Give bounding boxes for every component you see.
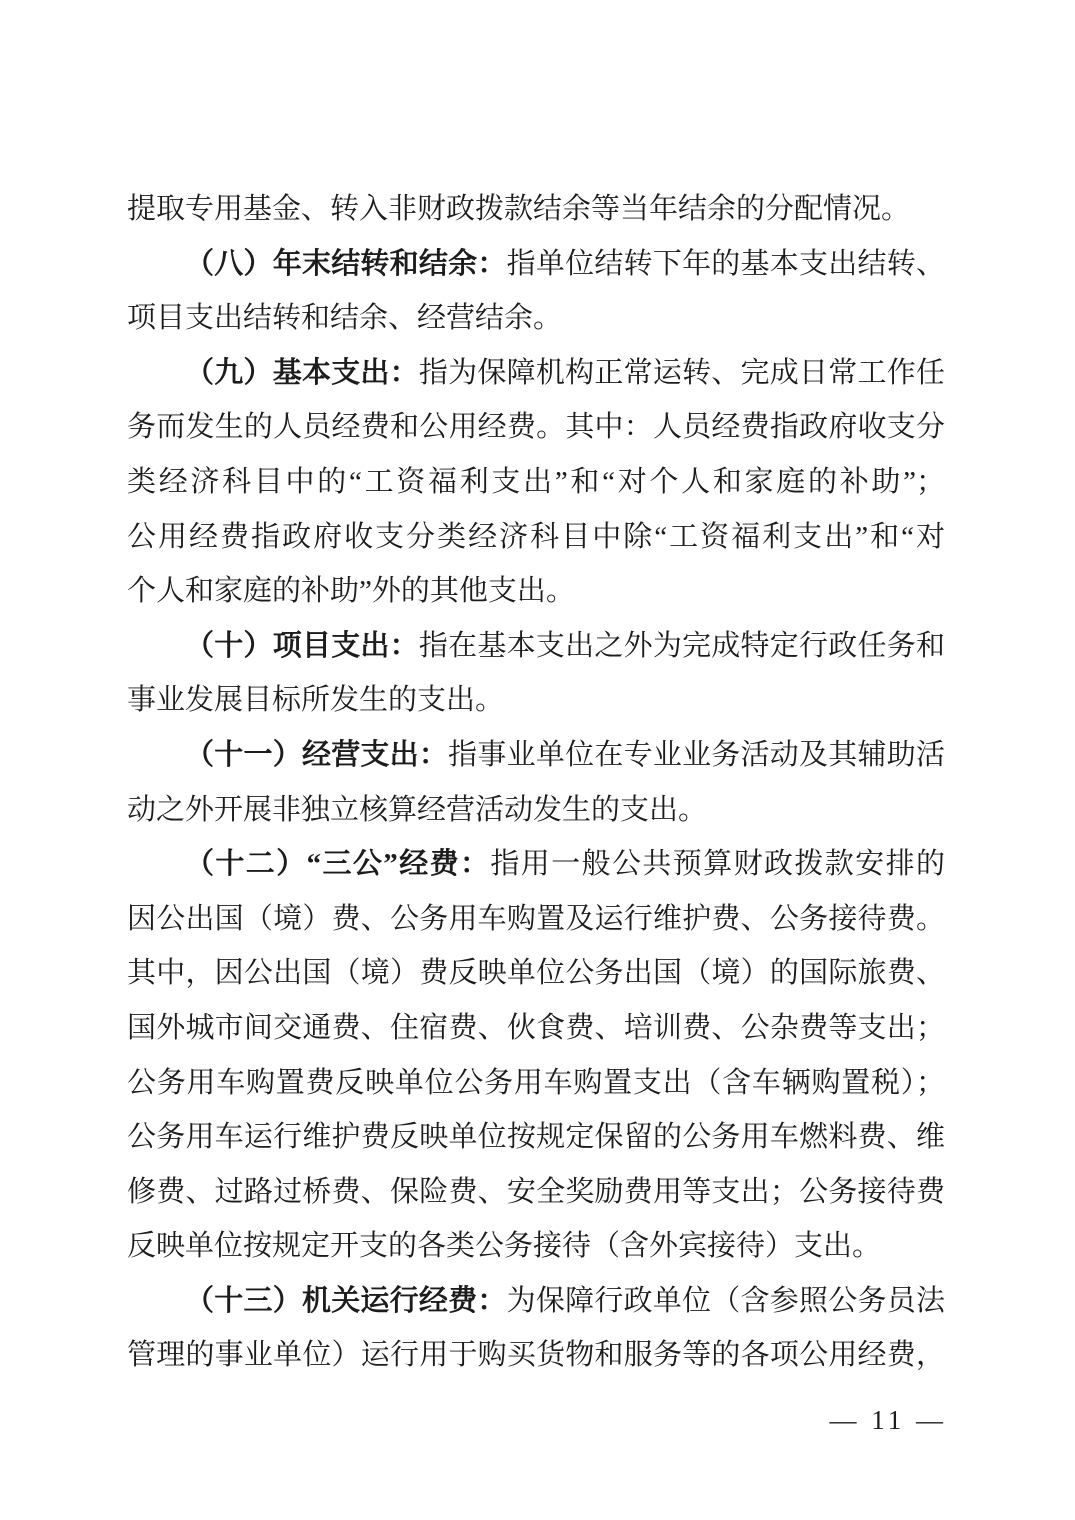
body-text: 务而发生的人员经费和公用经费。其中：人员经费指政府收支分 (127, 411, 945, 443)
body-text: 因公出国（境）费、公务用车购置及运行维护费、公务接待费。 (127, 903, 945, 935)
text-line: 公务用车运行维护费反映单位按规定保留的公务用车燃料费、维 (127, 1110, 945, 1165)
body-text: 提取专用基金、转入非财政拨款结余等当年结余的分配情况。 (127, 193, 910, 225)
body-text: 公务用车购置费反映单位公务用车购置支出（含车辆购置税）； (127, 1067, 945, 1099)
text-line: （十三）机关运行经费：为保障行政单位（含参照公务员法 (127, 1274, 945, 1329)
body-text: 事业发展目标所发生的支出。 (127, 684, 504, 716)
text-line: （十一）经营支出：指事业单位在专业业务活动及其辅助活 (127, 728, 945, 783)
text-line: （十二）“三公”经费：指用一般公共预算财政拨款安排的 (127, 837, 945, 892)
section-heading: （十）项目支出： (185, 630, 419, 662)
text-line: 个人和家庭的补助”外的其他支出。 (127, 564, 945, 619)
section-heading: （九）基本支出： (185, 357, 419, 389)
section-heading: （十二）“三公”经费： (185, 848, 490, 880)
text-line: 因公出国（境）费、公务用车购置及运行维护费、公务接待费。 (127, 892, 945, 947)
section-heading: （十一）经营支出： (185, 739, 448, 771)
text-line: 修费、过路过桥费、保险费、安全奖励费用等支出；公务接待费 (127, 1165, 945, 1220)
text-line: 提取专用基金、转入非财政拨款结余等当年结余的分配情况。 (127, 182, 945, 237)
body-text: 指事业单位在专业业务活动及其辅助活 (448, 739, 945, 771)
text-line: 项目支出结转和结余、经营结余。 (127, 291, 945, 346)
body-text: 为保障行政单位（含参照公务员法 (507, 1285, 945, 1317)
text-line: （八）年末结转和结余：指单位结转下年的基本支出结转、 (127, 237, 945, 292)
body-text: 公用经费指政府收支分类经济科目中除“工资福利支出”和“对 (127, 521, 945, 553)
text-line: 管理的事业单位）运行用于购买货物和服务等的各项公用经费， (127, 1328, 945, 1383)
section-heading: （十三）机关运行经费： (185, 1285, 507, 1317)
document-body: 提取专用基金、转入非财政拨款结余等当年结余的分配情况。（八）年末结转和结余：指单… (127, 182, 945, 1383)
text-line: 其中，因公出国（境）费反映单位公务出国（境）的国际旅费、 (127, 946, 945, 1001)
body-text: 指用一般公共预算财政拨款安排的 (490, 848, 945, 880)
body-text: 指在基本支出之外为完成特定行政任务和 (419, 630, 945, 662)
text-line: 国外城市间交通费、住宿费、伙食费、培训费、公杂费等支出； (127, 1001, 945, 1056)
text-line: 动之外开展非独立核算经营活动发生的支出。 (127, 783, 945, 838)
body-text: 个人和家庭的补助”外的其他支出。 (127, 575, 575, 607)
text-line: （十）项目支出：指在基本支出之外为完成特定行政任务和 (127, 619, 945, 674)
body-text: 反映单位按规定开支的各类公务接待（含外宾接待）支出。 (127, 1230, 881, 1262)
text-line: 事业发展目标所发生的支出。 (127, 673, 945, 728)
text-line: （九）基本支出：指为保障机构正常运转、完成日常工作任 (127, 346, 945, 401)
page-number: — 11 — (830, 1402, 948, 1438)
text-line: 务而发生的人员经费和公用经费。其中：人员经费指政府收支分 (127, 400, 945, 455)
body-text: 管理的事业单位）运行用于购买货物和服务等的各项公用经费， (127, 1339, 945, 1371)
body-text: 指单位结转下年的基本支出结转、 (507, 248, 945, 280)
body-text: 其中，因公出国（境）费反映单位公务出国（境）的国际旅费、 (127, 957, 945, 989)
text-line: 类经济科目中的“工资福利支出”和“对个人和家庭的补助”； (127, 455, 945, 510)
text-line: 反映单位按规定开支的各类公务接待（含外宾接待）支出。 (127, 1219, 945, 1274)
body-text: 类经济科目中的“工资福利支出”和“对个人和家庭的补助”； (127, 466, 945, 498)
body-text: 动之外开展非独立核算经营活动发生的支出。 (127, 794, 707, 826)
body-text: 国外城市间交通费、住宿费、伙食费、培训费、公杂费等支出； (127, 1012, 945, 1044)
text-line: 公用经费指政府收支分类经济科目中除“工资福利支出”和“对 (127, 510, 945, 565)
document-page: 提取专用基金、转入非财政拨款结余等当年结余的分配情况。（八）年末结转和结余：指单… (0, 0, 1075, 1520)
text-line: 公务用车购置费反映单位公务用车购置支出（含车辆购置税）； (127, 1056, 945, 1111)
body-text: 公务用车运行维护费反映单位按规定保留的公务用车燃料费、维 (127, 1121, 945, 1153)
body-text: 修费、过路过桥费、保险费、安全奖励费用等支出；公务接待费 (127, 1176, 945, 1208)
body-text: 项目支出结转和结余、经营结余。 (127, 302, 562, 334)
section-heading: （八）年末结转和结余： (185, 248, 507, 280)
body-text: 指为保障机构正常运转、完成日常工作任 (419, 357, 945, 389)
